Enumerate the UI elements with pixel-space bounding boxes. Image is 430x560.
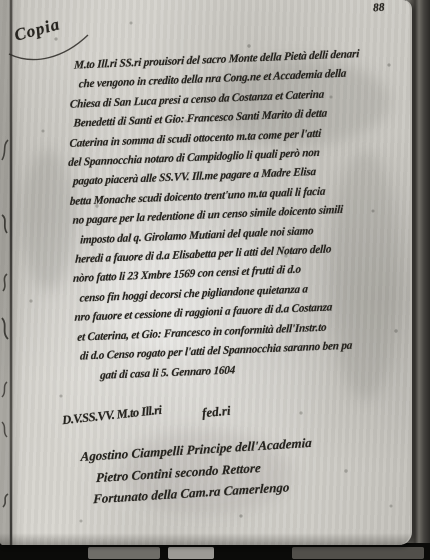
gutter-ink-fragment	[0, 272, 10, 294]
gutter-ink-fragment	[0, 212, 10, 236]
valediction-abbreviation: D.V.SS.VV. M.to Ill.ri	[61, 403, 162, 428]
bottom-edge-highlight	[88, 547, 160, 559]
manuscript-text-block: M.to Ill.ri SS.ri prouisori del sacro Mo…	[64, 43, 412, 387]
subscription-abbreviation: fed.ri	[201, 403, 231, 421]
gutter-ink-fragment	[0, 316, 10, 342]
manuscript-photo: Copia 88 M.to Ill.ri SS.ri prouisori del…	[0, 0, 430, 560]
margin-crease-line	[10, 0, 12, 545]
gutter-ink-fragment	[0, 492, 10, 510]
book-bottom-edge	[0, 543, 430, 560]
gutter-ink-fragment	[0, 380, 10, 400]
folio-number: 88	[372, 2, 384, 15]
paper-stain	[22, 150, 74, 290]
signature-block: Agostino Ciampelli Principe dell'Academi…	[80, 432, 315, 511]
bottom-edge-highlight	[168, 547, 214, 559]
gutter-ink-fragment	[0, 420, 10, 440]
manuscript-page: Copia 88 M.to Ill.ri SS.ri prouisori del…	[0, 0, 412, 545]
gutter-ink-fragment	[0, 138, 10, 164]
bottom-edge-highlight	[292, 547, 424, 559]
